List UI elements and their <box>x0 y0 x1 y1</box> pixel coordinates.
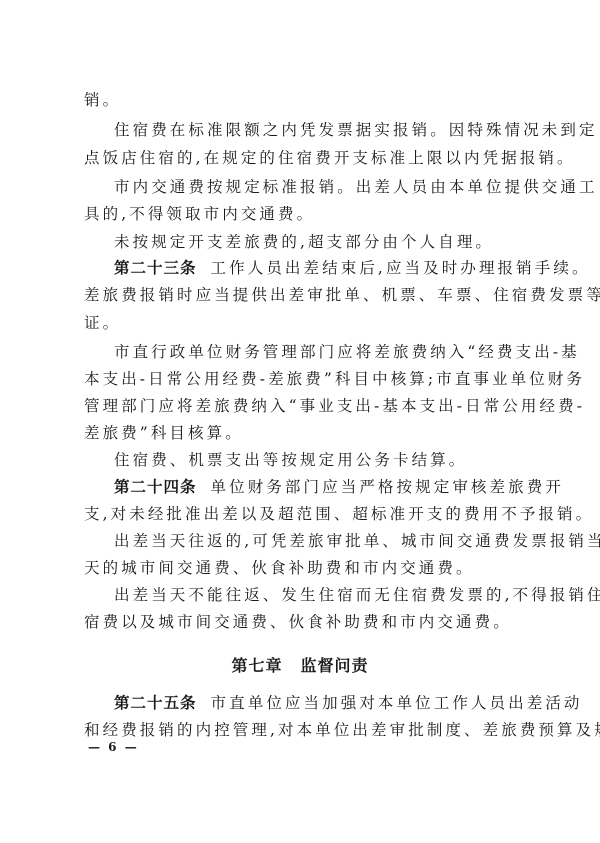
document-page: 销。 住宿费在标准限额之内凭发票据实报销。因特殊情况未到定 点饭店住宿的,在规定… <box>0 0 600 843</box>
article-label: 第二十五条 <box>114 694 197 712</box>
text-line: 市内交通费按规定标准报销。出差人员由本单位提供交通工 <box>114 177 524 197</box>
text-line: 销。 <box>84 90 524 110</box>
page-number: — 6 — <box>88 740 139 754</box>
text-run: 市直单位应当加强对本单位工作人员出差活动 <box>211 694 583 712</box>
article-23-heading-line: 第二十三条工作人员出差结束后,应当及时办理报销手续。 <box>114 258 524 278</box>
text-line: 出差当天往返的,可凭差旅审批单、城市间交通费发票报销当 <box>114 531 524 551</box>
text-line: 和经费报销的内控管理,对本单位出差审批制度、差旅费预算及规 <box>84 720 524 740</box>
text-line: 差旅费”科目核算。 <box>84 423 524 443</box>
text-line: 市直行政单位财务管理部门应将差旅费纳入“经费支出-基 <box>114 342 524 362</box>
chapter-heading: 第七章监督问责 <box>0 653 600 676</box>
text-line: 宿费以及城市间交通费、伙食补助费和市内交通费。 <box>84 612 524 632</box>
text-line: 证。 <box>84 313 524 333</box>
text-line: 点饭店住宿的,在规定的住宿费开支标准上限以内凭据报销。 <box>84 148 524 168</box>
chapter-number: 第七章 <box>231 656 282 675</box>
text-line: 出差当天不能往返、发生住宿而无住宿费发票的,不得报销住 <box>114 585 524 605</box>
text-line: 住宿费在标准限额之内凭发票据实报销。因特殊情况未到定 <box>114 120 524 140</box>
chapter-title: 监督问责 <box>301 656 369 675</box>
article-label: 第二十四条 <box>114 478 197 496</box>
text-run: 单位财务部门应当严格按规定审核差旅费开 <box>211 478 564 496</box>
text-line: 天的城市间交通费、伙食补助费和市内交通费。 <box>84 558 524 578</box>
text-line: 管理部门应将差旅费纳入“事业支出-基本支出-日常公用经费- <box>84 396 524 416</box>
text-line: 未按规定开支差旅费的,超支部分由个人自理。 <box>114 232 524 252</box>
article-25-heading-line: 第二十五条市直单位应当加强对本单位工作人员出差活动 <box>114 693 524 713</box>
text-line: 本支出-日常公用经费-差旅费”科目中核算;市直事业单位财务 <box>84 369 524 389</box>
text-run: 工作人员出差结束后,应当及时办理报销手续。 <box>211 259 591 277</box>
text-line: 差旅费报销时应当提供出差审批单、机票、车票、住宿费发票等凭 <box>84 285 524 305</box>
article-24-heading-line: 第二十四条单位财务部门应当严格按规定审核差旅费开 <box>114 477 524 497</box>
text-line: 支,对未经批准出差以及超范围、超标准开支的费用不予报销。 <box>84 504 524 524</box>
text-line: 住宿费、机票支出等按规定用公务卡结算。 <box>114 450 524 470</box>
text-line: 具的,不得领取市内交通费。 <box>84 204 524 224</box>
article-label: 第二十三条 <box>114 259 197 277</box>
